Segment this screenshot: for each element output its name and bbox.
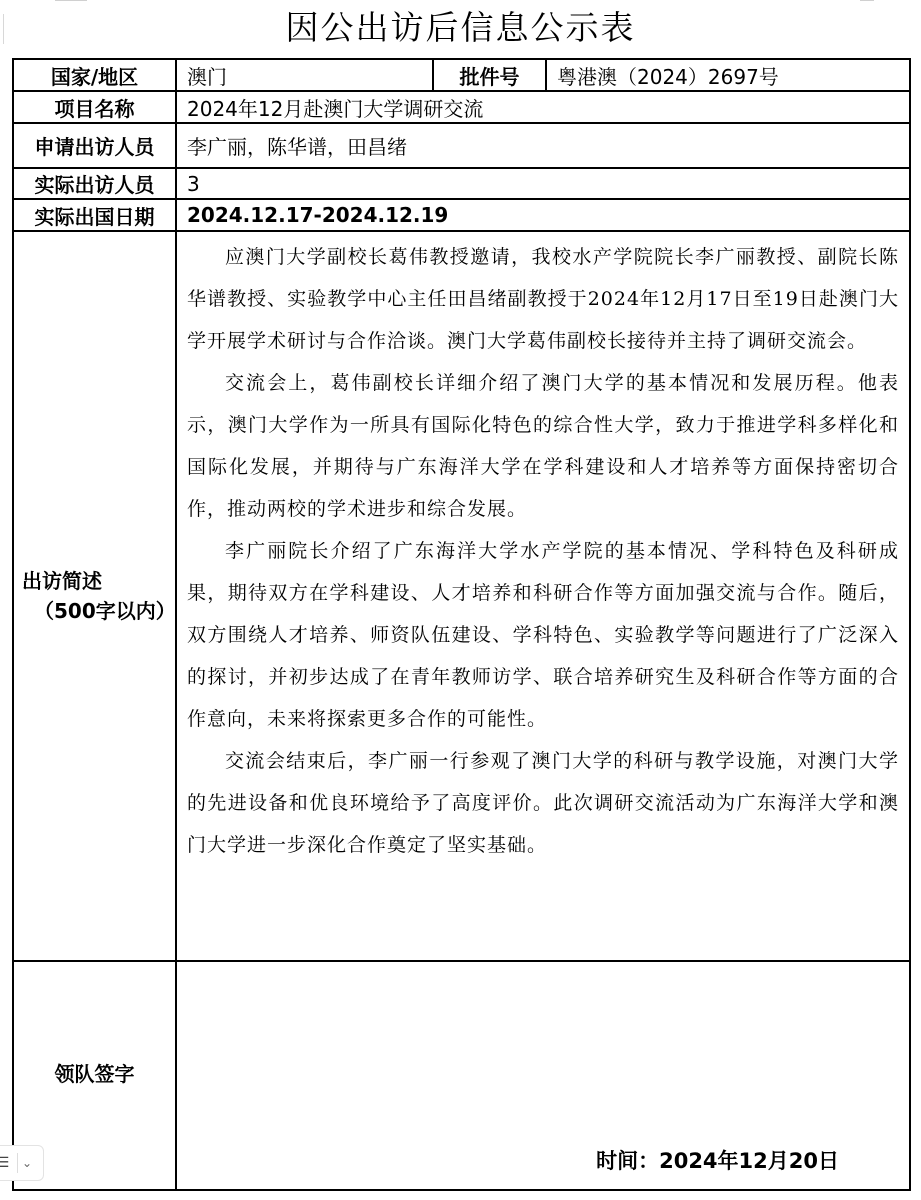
actual-count-value: 3 bbox=[176, 168, 910, 199]
approval-label: 批件号 bbox=[433, 59, 546, 91]
signature-cell: 时间：2024年12月20日 bbox=[176, 961, 910, 1190]
row-actual-count: 实际出访人员 3 bbox=[13, 168, 910, 199]
page-edge-decoration bbox=[860, 0, 874, 1]
floating-toolbar[interactable]: ☰ ⌄ bbox=[0, 1145, 44, 1181]
signature-date: 时间：2024年12月20日 bbox=[596, 1145, 839, 1175]
row-country: 国家/地区 澳门 批件号 粤港澳（2024）2697号 bbox=[13, 59, 910, 91]
row-project: 项目名称 2024年12月赴澳门大学调研交流 bbox=[13, 91, 910, 123]
project-value: 2024年12月赴澳门大学调研交流 bbox=[176, 91, 910, 123]
chevron-down-icon[interactable]: ⌄ bbox=[22, 1156, 32, 1170]
disclosure-form-table: 国家/地区 澳门 批件号 粤港澳（2024）2697号 项目名称 2024年12… bbox=[12, 58, 911, 1191]
document-title: 因公出访后信息公示表 bbox=[0, 6, 921, 50]
row-description: 出访简述 （500字以内） 应澳门大学副校长葛伟教授邀请，我校水产学院院长李广丽… bbox=[13, 231, 910, 961]
description-paragraph: 李广丽院长介绍了广东海洋大学水产学院的基本情况、学科特色及科研成果，期待双方在学… bbox=[187, 530, 899, 740]
toolbar-divider bbox=[17, 1153, 18, 1173]
actual-count-label: 实际出访人员 bbox=[13, 168, 176, 199]
description-sublabel: （500字以内） bbox=[22, 596, 175, 626]
description-paragraph: 交流会上，葛伟副校长详细介绍了澳门大学的基本情况和发展历程。他表示，澳门大学作为… bbox=[187, 362, 899, 530]
approval-value: 粤港澳（2024）2697号 bbox=[546, 59, 910, 91]
list-icon[interactable]: ☰ bbox=[0, 1155, 13, 1171]
actual-dates-value: 2024.12.17-2024.12.19 bbox=[176, 199, 910, 231]
description-text: 应澳门大学副校长葛伟教授邀请，我校水产学院院长李广丽教授、副院长陈华谱教授、实验… bbox=[176, 231, 910, 961]
row-signature: 领队签字 时间：2024年12月20日 bbox=[13, 961, 910, 1190]
row-applicants: 申请出访人员 李广丽，陈华谱，田昌绪 bbox=[13, 123, 910, 168]
description-label-cell: 出访简述 （500字以内） bbox=[13, 231, 176, 961]
applicants-value: 李广丽，陈华谱，田昌绪 bbox=[176, 123, 910, 168]
page-edge-decoration bbox=[55, 0, 87, 1]
actual-dates-label: 实际出国日期 bbox=[13, 199, 176, 231]
applicants-label: 申请出访人员 bbox=[13, 123, 176, 168]
description-paragraph: 交流会结束后，李广丽一行参观了澳门大学的科研与教学设施，对澳门大学的先进设备和优… bbox=[187, 740, 899, 866]
description-paragraph: 应澳门大学副校长葛伟教授邀请，我校水产学院院长李广丽教授、副院长陈华谱教授、实验… bbox=[187, 236, 899, 362]
country-value: 澳门 bbox=[176, 59, 433, 91]
project-label: 项目名称 bbox=[13, 91, 176, 123]
row-actual-dates: 实际出国日期 2024.12.17-2024.12.19 bbox=[13, 199, 910, 231]
country-label: 国家/地区 bbox=[13, 59, 176, 91]
description-label: 出访简述 bbox=[22, 569, 102, 593]
